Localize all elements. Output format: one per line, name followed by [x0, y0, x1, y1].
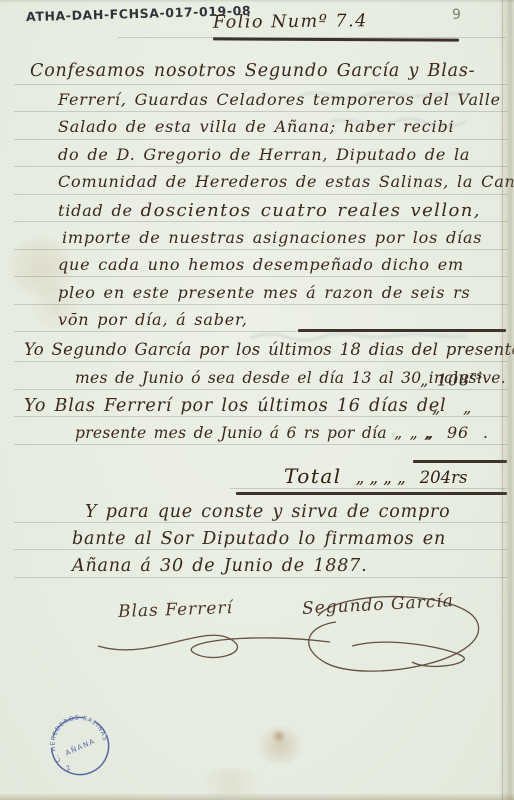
saber-rule [298, 329, 506, 332]
page-bottom-edge [0, 793, 514, 800]
closing-line: Y para que conste y sirva de compro [85, 502, 450, 522]
body-line: tidad de doscientos cuatro reales vellon… [58, 200, 481, 221]
manuscript-page: ATHA-DAH-FCHSA-017-019-08 Folio Numº 7.4… [0, 0, 514, 800]
folio-heading: Folio Numº 7.4 [213, 11, 368, 33]
archive-stamp: C. HEREDEROS SALINAS AÑANA 2 [34, 704, 126, 788]
signature-blas-ferreri: Blas Ferrerí [118, 598, 234, 622]
pre-total-rule [413, 460, 507, 463]
amount-unit: rs. [470, 368, 487, 382]
ruled-line [14, 577, 508, 578]
body-line: Comunidad de Herederos de estas Salinas,… [58, 172, 514, 191]
ruled-line [230, 488, 506, 489]
amount-filler: „ „ [432, 398, 472, 417]
signature-segundo-garcia: Segundo García [302, 591, 455, 619]
page-edge-crease [502, 0, 503, 800]
amount-in-words: doscientos cuatro reales vellon, [141, 200, 481, 221]
svg-text:C. HEREDEROS SALINAS: C. HEREDEROS SALINAS [40, 705, 109, 764]
ruled-line [14, 221, 508, 222]
total-amount: 204rs [420, 468, 468, 487]
entry-line: Yo Segundo García por los últimos 18 dia… [24, 340, 514, 359]
amount-value: 96 [447, 423, 469, 442]
closing-line: Añana á 30 de Junio de 1887. [72, 556, 367, 576]
ruled-line [14, 361, 508, 362]
ruled-line [14, 84, 508, 85]
total-filler: „ „ „ „ [356, 468, 406, 487]
body-line: que cada uno hemos desempeñado dicho em [58, 255, 464, 274]
ruled-line [14, 549, 508, 550]
total-label: Total [284, 464, 342, 488]
body-line-prefix: tidad de [58, 201, 133, 220]
total-row: Total „ „ „ „ 204rs [284, 464, 467, 488]
body-line: Confesamos nosotros Segundo García y Bla… [30, 61, 475, 81]
paper-stain [272, 730, 286, 742]
entry-line: presente mes de Junio á 6 rs por día „ „… [75, 424, 434, 442]
ruled-line [14, 139, 508, 140]
pencil-page-number: 9 [452, 7, 461, 23]
entry-line: Yo Blas Ferrerí por los últimos 16 días … [24, 396, 446, 416]
ruled-line [14, 304, 508, 305]
page-right-edge [498, 0, 514, 800]
ruled-line [14, 166, 508, 167]
ruled-line [14, 276, 508, 277]
page-top-edge [0, 0, 514, 3]
entry-amount: „ 108rs. [420, 368, 487, 389]
ruled-line [14, 194, 508, 195]
ruled-line [14, 444, 508, 445]
body-line: importe de nuestras asignaciones por los… [62, 228, 482, 247]
body-line: do de D. Gregorio de Herran, Diputado de… [58, 145, 470, 164]
amount-filler: „ [424, 423, 433, 442]
ruled-line [14, 331, 298, 332]
body-line: Salado de esta villa de Añana; haber rec… [58, 117, 454, 136]
body-line: pleo en este presente mes á razon de sei… [58, 283, 471, 302]
folio-underline [213, 37, 459, 41]
amount-unit: rs [451, 468, 467, 487]
stamp-arc-text: C. HEREDEROS SALINAS [40, 705, 109, 764]
amount-unit: . [483, 423, 489, 442]
body-line: vōn por día, á saber, [58, 310, 248, 329]
amount-value: 108 [437, 370, 470, 389]
closing-line: bante al Sor Diputado lo firmamos en [72, 529, 446, 549]
entry-amount: „ 96 . [424, 423, 489, 442]
amount-filler: „ [420, 370, 429, 389]
total-underline [236, 492, 507, 495]
ruled-line [14, 249, 508, 250]
body-line: Ferrerí, Guardas Celadores temporeros de… [58, 90, 501, 109]
ruled-line [14, 111, 508, 112]
stamp-center-text: AÑANA [64, 736, 97, 757]
ruled-line [14, 522, 508, 523]
